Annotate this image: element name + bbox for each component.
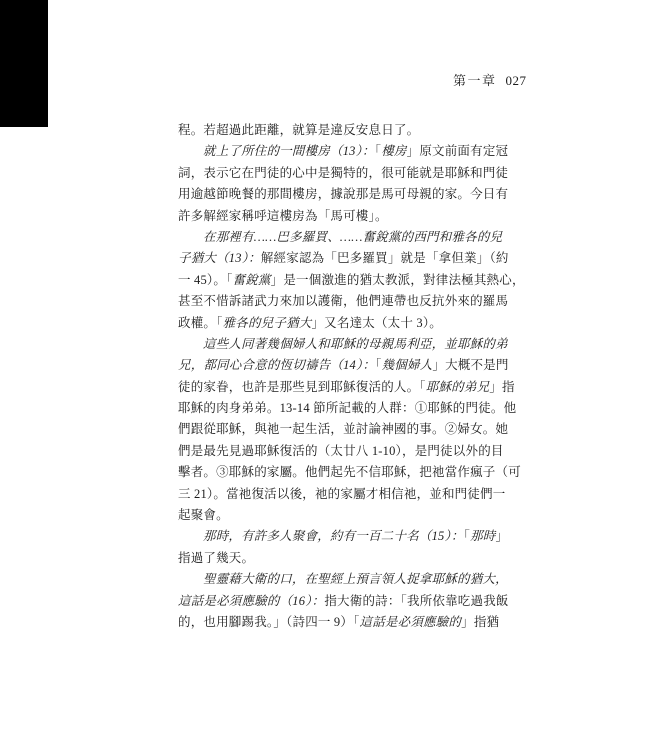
text-line: 在那裡有……巴多羅買、……奮銳黨的西門和雅各的兒 — [178, 227, 480, 248]
text-line: 指過了幾天。 — [178, 548, 480, 569]
text-line: 這話是必須應驗的（16）：指大衛的詩：「我所依靠吃過我飯 — [178, 591, 480, 612]
commentary-text: 許多解經家稱呼這樓房為「馬可樓」。 — [178, 209, 388, 223]
scripture-quote-text: 這話是必須應驗的（16）： — [178, 594, 324, 608]
scripture-quote-text: 奮銳黨 — [233, 273, 271, 287]
scripture-quote-text: 耶穌的弟兄 — [426, 380, 490, 394]
scripture-quote-text: 那時 — [470, 529, 495, 543]
page-number: 027 — [506, 73, 527, 88]
text-line: 的，也用腳踢我。」（詩四一 9）「這話是必須應驗的」指猶 — [178, 612, 480, 633]
text-line: 許多解經家稱呼這樓房為「馬可樓」。 — [178, 206, 480, 227]
text-line: 政權。「雅各的兒子猶大」又名達太（太十 3）。 — [178, 313, 480, 334]
text-line: 詞，表示它在門徒的心中是獨特的，很可能就是耶穌和門徒 — [178, 163, 480, 184]
commentary-text: 耶穌的肉身弟弟。13-14 節所記載的人群：①耶穌的門徒。他 — [178, 401, 516, 415]
text-line: 甚至不惜訴諸武力來加以護衛，他們連帶也反抗外來的羅馬 — [178, 291, 480, 312]
commentary-text: 」 — [496, 529, 509, 543]
scripture-quote-text: 那時，有許多人聚會，約有一百二十名（15）： — [203, 529, 464, 543]
commentary-text: 指大衛的詩：「我所依靠吃過我飯 — [324, 594, 508, 608]
text-line: 們是最先見過耶穌復活的（太廿八 1-10），是門徒以外的目 — [178, 441, 480, 462]
text-line: 一 45）。「奮銳黨」是一個激進的猶太教派，對律法極其熱心， — [178, 270, 480, 291]
text-line: 子猶大（13）：解經家認為「巴多羅買」就是「拿但業」（約 — [178, 248, 480, 269]
commentary-text: 用逾越節晚餐的那間樓房，據說那是馬可母親的家。今日有 — [178, 187, 508, 201]
text-line: 擊者。③耶穌的家屬。他們起先不信耶穌，把祂當作瘋子（可 — [178, 462, 480, 483]
commentary-text: 解經家認為「巴多羅買」就是「拿但業」（約 — [261, 251, 509, 265]
text-line: 這些人同著幾個婦人和耶穌的母親馬利亞，並耶穌的弟 — [178, 334, 480, 355]
commentary-text: 指過了幾天。 — [178, 551, 254, 565]
commentary-text: 政權。「 — [178, 316, 223, 330]
commentary-text: 三 21）。當祂復活以後，祂的家屬才相信祂，並和門徒們一 — [178, 487, 505, 501]
scripture-quote-text: 兄，都同心合意的恆切禱告（14）： — [178, 358, 375, 372]
scripture-quote-text: 子猶大（13）： — [178, 251, 261, 265]
chapter-title: 第一章 — [453, 73, 497, 88]
commentary-text: 們跟從耶穌，與祂一起生活，並討論神國的事。②婦女。她 — [178, 422, 508, 436]
scripture-quote-text: 在那裡有……巴多羅買、……奮銳黨的西門和雅各的兒 — [203, 230, 502, 244]
commentary-text: 起聚會。 — [178, 508, 229, 522]
commentary-text: 」指猶 — [461, 615, 499, 629]
commentary-text: 」原文前面有定冠 — [407, 144, 509, 158]
text-line: 起聚會。 — [178, 505, 480, 526]
book-page: 第一章027 程。若超過此距離，就算是違反安息日了。就上了所住的一間樓房（13）… — [0, 0, 650, 750]
text-line: 那時，有許多人聚會，約有一百二十名（15）：「那時」 — [178, 526, 480, 547]
commentary-text: 」指 — [489, 380, 514, 394]
scripture-quote-text: 幾個婦人 — [382, 358, 433, 372]
text-line: 們跟從耶穌，與祂一起生活，並討論神國的事。②婦女。她 — [178, 419, 480, 440]
commentary-text: 」大概不是門 — [432, 358, 508, 372]
commentary-text: 擊者。③耶穌的家屬。他們起先不信耶穌，把祂當作瘋子（可 — [178, 465, 521, 479]
scripture-quote-text: 這些人同著幾個婦人和耶穌的母親馬利亞，並耶穌的弟 — [203, 337, 508, 351]
commentary-text: 徒的家眷，也許是那些見到耶穌復活的人。「 — [178, 380, 426, 394]
commentary-text: 甚至不惜訴諸武力來加以護衛，他們連帶也反抗外來的羅馬 — [178, 294, 508, 308]
text-line: 用逾越節晚餐的那間樓房，據說那是馬可母親的家。今日有 — [178, 184, 480, 205]
commentary-text: 」又名達太（太十 3）。 — [311, 316, 442, 330]
scripture-quote-text: 雅各的兒子猶大 — [223, 316, 312, 330]
scripture-quote-text: 這話是必須應驗的 — [360, 615, 462, 629]
text-line: 兄，都同心合意的恆切禱告（14）：「幾個婦人」大概不是門 — [178, 355, 480, 376]
scripture-quote-text: 就上了所住的一間樓房（13）： — [203, 144, 375, 158]
text-line: 三 21）。當祂復活以後，祂的家屬才相信祂，並和門徒們一 — [178, 484, 480, 505]
commentary-text: 詞，表示它在門徒的心中是獨特的，很可能就是耶穌和門徒 — [178, 166, 508, 180]
page-header: 第一章027 — [453, 70, 527, 89]
text-line: 就上了所住的一間樓房（13）：「樓房」原文前面有定冠 — [178, 141, 480, 162]
commentary-text: 」是一個激進的猶太教派，對律法極其熱心， — [271, 273, 525, 287]
commentary-text: 的，也用腳踢我。」（詩四一 9）「 — [178, 615, 360, 629]
text-line: 聖靈藉大衛的口，在聖經上預言領人捉拿耶穌的猶大， — [178, 569, 480, 590]
text-line: 耶穌的肉身弟弟。13-14 節所記載的人群：①耶穌的門徒。他 — [178, 398, 480, 419]
text-line: 程。若超過此距離，就算是違反安息日了。 — [178, 120, 480, 141]
scan-corner-mark — [0, 0, 48, 127]
scripture-quote-text: 樓房 — [381, 144, 406, 158]
commentary-text: 們是最先見過耶穌復活的（太廿八 1-10），是門徒以外的目 — [178, 444, 504, 458]
body-text: 程。若超過此距離，就算是違反安息日了。就上了所住的一間樓房（13）：「樓房」原文… — [178, 120, 480, 633]
text-line: 徒的家眷，也許是那些見到耶穌復活的人。「耶穌的弟兄」指 — [178, 377, 480, 398]
commentary-text: 一 45）。「 — [178, 273, 233, 287]
scripture-quote-text: 聖靈藉大衛的口，在聖經上預言領人捉拿耶穌的猶大， — [203, 572, 508, 586]
commentary-text: 程。若超過此距離，就算是違反安息日了。 — [178, 123, 419, 137]
